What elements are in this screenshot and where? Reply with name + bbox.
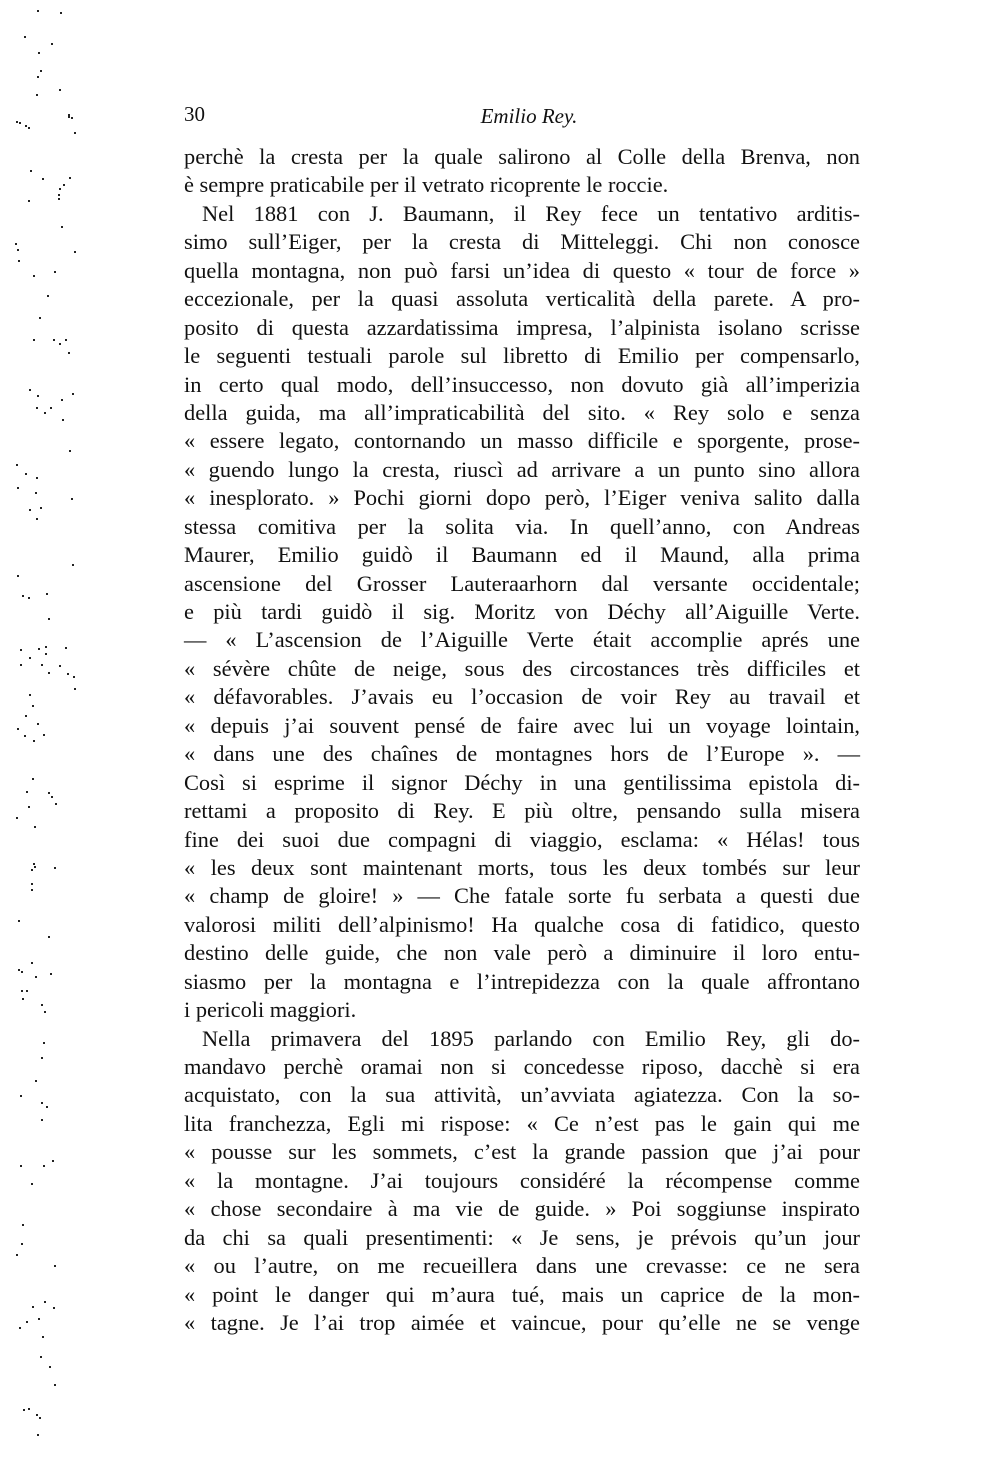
scan-speck bbox=[25, 473, 27, 475]
scan-speck bbox=[21, 990, 23, 992]
scan-speck bbox=[15, 243, 17, 245]
scan-speck bbox=[74, 132, 76, 134]
text-line: simo sull’Eiger, per la cresta di Mittel… bbox=[184, 228, 860, 256]
scan-speck bbox=[69, 177, 71, 179]
scan-speck bbox=[61, 399, 63, 401]
scan-speck bbox=[71, 117, 73, 119]
text-line: Nella primavera del 1895 parlando con Em… bbox=[184, 1025, 860, 1053]
scan-speck bbox=[73, 676, 75, 678]
scan-speck bbox=[68, 352, 70, 354]
scan-speck bbox=[18, 920, 20, 922]
text-line: da chi sa quali presentimenti: « Je sens… bbox=[184, 1224, 860, 1252]
scan-speck bbox=[41, 1119, 43, 1121]
page-header: 30 Emilio Rey. bbox=[184, 100, 860, 130]
scan-speck bbox=[48, 672, 50, 674]
scan-speck bbox=[37, 10, 39, 12]
scan-speck bbox=[28, 127, 30, 129]
scan-speck bbox=[26, 990, 28, 992]
scan-speck bbox=[17, 728, 19, 730]
text-line: quella montagna, non può farsi un’idea d… bbox=[184, 257, 860, 285]
scan-speck bbox=[58, 198, 60, 200]
scan-speck bbox=[34, 826, 36, 828]
scan-speck bbox=[71, 498, 73, 500]
scan-speck bbox=[59, 188, 61, 190]
scan-speck bbox=[68, 114, 70, 116]
scan-speck bbox=[28, 200, 30, 202]
scan-speck bbox=[59, 343, 61, 345]
scan-speck bbox=[20, 649, 22, 651]
text-line: « ou l’autre, on me recueillera dans une… bbox=[184, 1252, 860, 1280]
scan-speck bbox=[38, 52, 40, 54]
scan-speck bbox=[55, 803, 57, 805]
scan-speck bbox=[33, 740, 35, 742]
text-line: eccezionale, per la quasi assoluta verti… bbox=[184, 285, 860, 313]
scan-speck bbox=[16, 121, 18, 123]
scan-speck bbox=[59, 665, 61, 667]
running-title: Emilio Rey. bbox=[184, 104, 860, 129]
scan-speck bbox=[26, 1321, 28, 1323]
scan-speck bbox=[74, 251, 76, 253]
body-text: perchè la cresta per la quale salirono a… bbox=[184, 143, 860, 1337]
scan-speck bbox=[44, 1011, 46, 1013]
scan-speck bbox=[52, 1160, 54, 1162]
text-line: in certo qual modo, dell’insuccesso, non… bbox=[184, 371, 860, 399]
scan-speck bbox=[19, 1327, 21, 1329]
text-line: destino delle guide, che non vale però a… bbox=[184, 939, 860, 967]
scan-speck bbox=[31, 1183, 33, 1185]
scan-speck bbox=[34, 866, 36, 868]
scan-speck bbox=[44, 412, 46, 414]
text-line: « les deux sont maintenant morts, tous l… bbox=[184, 854, 860, 882]
scan-speck bbox=[33, 339, 35, 341]
scan-speck bbox=[53, 339, 55, 341]
text-line: « sévère chûte de neige, sous des circos… bbox=[184, 655, 860, 683]
scan-speck bbox=[41, 1004, 43, 1006]
scan-speck bbox=[62, 419, 64, 421]
text-line: « chose secondaire à ma vie de guide. » … bbox=[184, 1195, 860, 1223]
scan-speck bbox=[37, 395, 39, 397]
text-line: lita franchezza, Egli mi rispose: « Ce n… bbox=[184, 1110, 860, 1138]
scan-speck bbox=[29, 657, 31, 659]
scan-speck bbox=[17, 487, 19, 489]
text-line: « depuis j’ai souvent pensé de faire ave… bbox=[184, 712, 860, 740]
scan-speck bbox=[24, 735, 26, 737]
text-line: « la montagne. J’ai toujours considéré l… bbox=[184, 1167, 860, 1195]
scan-speck bbox=[61, 226, 63, 228]
text-line: Maurer, Emilio guidò il Baumann ed il Ma… bbox=[184, 541, 860, 569]
scan-speck bbox=[20, 1095, 22, 1097]
scan-speck bbox=[39, 1417, 41, 1419]
scan-speck bbox=[31, 889, 33, 891]
text-line: ascensione del Grosser Lauteraarhorn dal… bbox=[184, 570, 860, 598]
text-line: « essere legato, contornando un masso di… bbox=[184, 427, 860, 455]
scan-speck bbox=[47, 295, 49, 297]
text-line: della guida, ma all’impraticabilità del … bbox=[184, 399, 860, 427]
scan-speck bbox=[59, 89, 61, 91]
scan-speck bbox=[40, 70, 42, 72]
scan-speck bbox=[43, 734, 45, 736]
scan-speck bbox=[65, 647, 67, 649]
scan-speck bbox=[26, 791, 28, 793]
scan-speck bbox=[29, 389, 31, 391]
scan-speck bbox=[51, 796, 53, 798]
scan-speck bbox=[43, 1042, 45, 1044]
text-line: « guendo lungo la cresta, riuscì ad arri… bbox=[184, 456, 860, 484]
scan-speck bbox=[25, 125, 27, 127]
scan-speck bbox=[50, 407, 52, 409]
text-line: Così si esprime il signor Déchy in una g… bbox=[184, 769, 860, 797]
scan-speck bbox=[17, 249, 19, 251]
scan-speck bbox=[60, 12, 62, 14]
scan-speck bbox=[36, 407, 38, 409]
text-line: valorosi militi dell’alpinismo! Ha qualc… bbox=[184, 911, 860, 939]
scan-speck bbox=[38, 1318, 40, 1320]
scan-speck bbox=[33, 275, 35, 277]
scan-speck bbox=[16, 817, 18, 819]
scan-speck bbox=[28, 1408, 30, 1410]
scan-speck bbox=[42, 178, 44, 180]
scan-speck bbox=[31, 883, 33, 885]
text-line: e più tardi guidò il sig. Moritz von Déc… bbox=[184, 598, 860, 626]
scan-speck bbox=[21, 971, 23, 973]
scan-speck bbox=[42, 1336, 44, 1338]
text-line: acquistato, con la sua attività, un’avvi… bbox=[184, 1081, 860, 1109]
scan-speck bbox=[24, 36, 26, 38]
scan-speck bbox=[45, 653, 47, 655]
scan-speck bbox=[36, 94, 38, 96]
scan-speck bbox=[41, 1102, 43, 1104]
text-line: è sempre praticabile per il vetrato rico… bbox=[184, 171, 860, 199]
scan-speck bbox=[43, 1165, 45, 1167]
scan-speck bbox=[46, 593, 48, 595]
text-line: posito di questa azzardatissima impresa,… bbox=[184, 314, 860, 342]
scan-speck bbox=[33, 863, 35, 865]
scan-speck bbox=[30, 170, 32, 172]
scan-speck bbox=[28, 597, 30, 599]
scan-speck bbox=[32, 778, 34, 780]
scan-speck bbox=[72, 564, 74, 566]
scan-speck bbox=[48, 936, 50, 938]
scan-speck bbox=[63, 184, 65, 186]
scan-speck bbox=[48, 618, 50, 620]
scan-speck bbox=[44, 1301, 46, 1303]
scan-speck bbox=[54, 1265, 56, 1267]
text-line: stessa comitiva per la solita via. In qu… bbox=[184, 513, 860, 541]
scan-speck bbox=[40, 1356, 42, 1358]
scan-speck bbox=[41, 1057, 43, 1059]
scan-speck bbox=[74, 688, 76, 690]
text-line: Nel 1881 con J. Baumann, il Rey fece un … bbox=[184, 200, 860, 228]
scan-speck bbox=[21, 1243, 23, 1245]
scan-speck bbox=[51, 43, 53, 45]
text-line: « défavorables. J’avais eu l’occasion de… bbox=[184, 683, 860, 711]
text-line: le seguenti testuali parole sul libretto… bbox=[184, 342, 860, 370]
scan-speck bbox=[17, 575, 19, 577]
scan-speck bbox=[20, 1165, 22, 1167]
scan-speck bbox=[69, 450, 71, 452]
scan-speck bbox=[67, 673, 69, 675]
text-line: « tagne. Je l’ai trop aimée et vaincue, … bbox=[184, 1309, 860, 1337]
scan-speck bbox=[35, 976, 37, 978]
scan-speck bbox=[72, 393, 74, 395]
scan-speck bbox=[36, 477, 38, 479]
scan-speck bbox=[39, 317, 41, 319]
scan-speck bbox=[23, 1409, 25, 1411]
scan-speck bbox=[37, 723, 39, 725]
scan-speck bbox=[36, 1414, 38, 1416]
scan-speck bbox=[35, 492, 37, 494]
scan-speck bbox=[18, 969, 20, 971]
scan-speck bbox=[29, 694, 31, 696]
text-line: fine dei suoi due compagni di viaggio, e… bbox=[184, 826, 860, 854]
text-line: « point le danger qui m’aura tué, mais u… bbox=[184, 1281, 860, 1309]
text-line: « dans une des chaînes de montagnes hors… bbox=[184, 740, 860, 768]
scan-speck bbox=[16, 1254, 18, 1256]
scan-speck bbox=[18, 260, 20, 262]
text-line: « inesplorato. » Pochi giorni dopo però,… bbox=[184, 484, 860, 512]
scan-speck bbox=[40, 507, 42, 509]
scan-speck bbox=[37, 1434, 39, 1436]
scan-speck bbox=[19, 122, 21, 124]
text-line: « champ de gloire! » — Che fatale sorte … bbox=[184, 882, 860, 910]
text-line: — « L’ascension de l’Aiguille Verte étai… bbox=[184, 626, 860, 654]
scan-speck bbox=[38, 648, 40, 650]
scan-speck bbox=[22, 998, 24, 1000]
scan-speck bbox=[49, 1366, 51, 1368]
text-line: « pousse sur les sommets, c’est la grand… bbox=[184, 1138, 860, 1166]
scan-speck bbox=[31, 962, 33, 964]
scan-speck bbox=[29, 509, 31, 511]
text-line: perchè la cresta per la quale salirono a… bbox=[184, 143, 860, 171]
text-line: rettami a proposito di Rey. E più oltre,… bbox=[184, 797, 860, 825]
text-line: i pericoli maggiori. bbox=[184, 996, 860, 1024]
scan-speck bbox=[16, 464, 18, 466]
scan-speck bbox=[50, 973, 52, 975]
scan-speck bbox=[48, 792, 50, 794]
scan-speck bbox=[54, 867, 56, 869]
scan-speck bbox=[46, 1106, 48, 1108]
text-line: siasmo per la montagna e l’intrepidezza … bbox=[184, 968, 860, 996]
scan-speck bbox=[35, 1080, 37, 1082]
scan-speck bbox=[20, 664, 22, 666]
scan-speck bbox=[32, 705, 34, 707]
scan-speck bbox=[25, 715, 27, 717]
scan-speck bbox=[45, 646, 47, 648]
scan-speck bbox=[37, 76, 39, 78]
scan-speck bbox=[65, 339, 67, 341]
book-page: 30 Emilio Rey. perchè la cresta per la q… bbox=[0, 0, 1000, 1474]
scan-speck bbox=[41, 664, 43, 666]
text-line: mandavo perchè oramai non si concedesse … bbox=[184, 1053, 860, 1081]
scan-speck bbox=[22, 595, 24, 597]
scan-speck bbox=[28, 806, 30, 808]
scan-speck bbox=[22, 1224, 24, 1226]
scan-speck bbox=[68, 116, 70, 118]
scan-speck bbox=[32, 1306, 34, 1308]
scan-speck bbox=[31, 869, 33, 871]
scan-speck bbox=[36, 518, 38, 520]
scan-speck bbox=[54, 1384, 56, 1386]
scan-speck bbox=[58, 194, 60, 196]
scan-speck bbox=[54, 271, 56, 273]
scan-speck bbox=[53, 1307, 55, 1309]
